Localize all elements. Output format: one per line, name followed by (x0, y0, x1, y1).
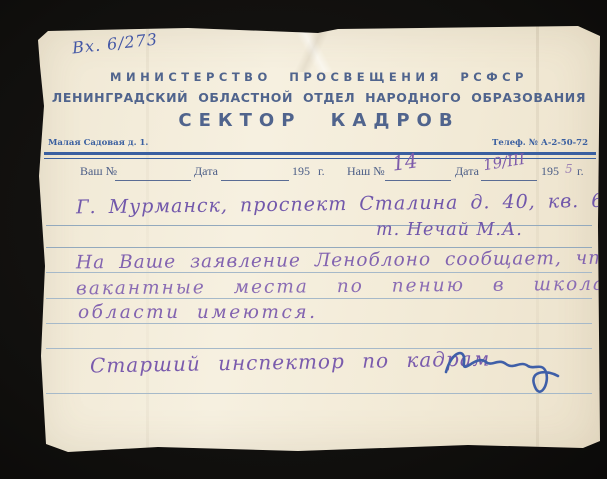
date-label-1: Дата (194, 164, 218, 179)
year-printed-2: 195 (541, 164, 559, 179)
letterhead-street-address: Малая Садовая д. 1. (48, 138, 148, 148)
letterhead-phone: Телеф. № А-2-50-72 (492, 138, 588, 148)
year-digit-handwritten: 5 (565, 162, 573, 176)
letter-paper: Вх. 6/273 МИНИСТЕРСТВО ПРОСВЕЩЕНИЯ РСФСР… (38, 26, 600, 452)
letterhead-department: ЛЕНИНГРАДСКИЙ ОБЛАСТНОЙ ОТДЕЛ НАРОДНОГО … (38, 90, 600, 105)
paper-fold-mark (253, 26, 373, 72)
letterhead-ministry: МИНИСТЕРСТВО ПРОСВЕЩЕНИЯ РСФСР (38, 70, 600, 84)
signoff-title-handwritten: Старший инспектор по кадрам (90, 347, 491, 378)
your-number-blank (115, 164, 191, 181)
body-line-1-handwritten: На Ваше заявление Леноблоно сообщает, чт… (76, 248, 607, 274)
signature-scrawl (436, 332, 566, 406)
scanned-letter-photo: Вх. 6/273 МИНИСТЕРСТВО ПРОСВЕЩЕНИЯ РСФСР… (0, 0, 607, 479)
recipient-address-handwritten: Г. Мурманск, проспект Сталина д. 40, кв.… (76, 190, 607, 219)
year-suffix-2: г. (577, 164, 584, 179)
body-line-3-handwritten: области имеются. (78, 302, 317, 323)
our-number-label: Наш № (347, 164, 385, 179)
date-blank-1 (221, 164, 289, 181)
ruled-line (46, 323, 592, 324)
recipient-name-handwritten: т. Нечай М.А. (376, 220, 523, 240)
letterhead-section: СЕКТОР КАДРОВ (38, 110, 600, 131)
date-label-2: Дата (455, 164, 479, 179)
year-printed-1: 195 (292, 164, 310, 179)
your-number-label: Ваш № (80, 164, 117, 179)
body-line-2-handwritten: вакантные места по пению в школах (76, 274, 607, 300)
our-number-handwritten: 14 (390, 148, 419, 175)
year-suffix-1: г. (318, 164, 325, 179)
